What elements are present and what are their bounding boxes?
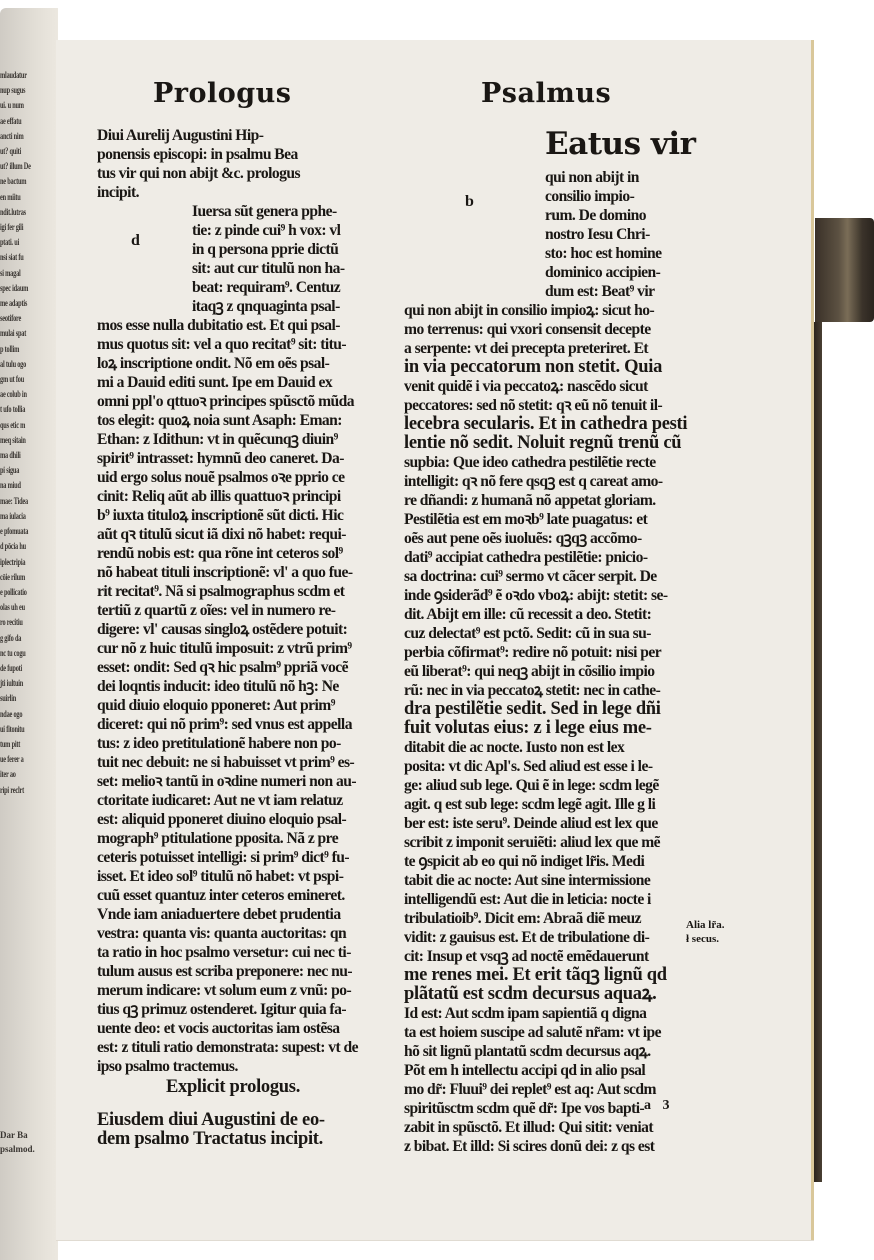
text-line: tie: z pinde cui⁹ h vox: vl <box>97 221 369 240</box>
left-page-line: mulai spat <box>0 326 35 341</box>
text-line: in q persona pprie dictũ <box>97 240 369 259</box>
left-page-line: e pollicatio <box>0 585 35 600</box>
text-line: mos esse nulla dubitatio est. Et qui psa… <box>97 316 369 335</box>
text-line: mo terrenus: qui vxori consensit decepte <box>404 320 680 339</box>
left-page-line: nsi siat fu <box>0 250 35 265</box>
spacer <box>97 1097 369 1111</box>
left-page-line: nup sugus <box>0 83 35 98</box>
text-line: ipso psalmo tractemus. <box>97 1057 369 1076</box>
text-line: dem psalmo Tractatus incipit. <box>97 1130 369 1149</box>
text-line: tus vir qui non abijt &c. prologus <box>97 164 369 183</box>
left-page-line: olas uh eu <box>0 600 35 615</box>
text-line: set: melioꝛ tantũ in oꝛdine numeri non a… <box>97 772 369 791</box>
left-page-line: t ufo tollia <box>0 402 35 417</box>
text-line: Eiusdem diui Augustini de eo- <box>97 1111 369 1130</box>
running-head-right: Psalmus <box>481 78 611 109</box>
left-page-line: meq sitain <box>0 433 35 448</box>
text-line: tos elegit: quoꝝ noia sunt Asaph: Eman: <box>97 411 369 430</box>
text-line: scribit z imponit seruiẽti: aliud lex qu… <box>404 833 680 852</box>
prologue-body: mos esse nulla dubitatio est. Et qui psa… <box>97 316 369 1076</box>
text-line: dei loqntis inducit: ideo titulũ nõ hꝫ: … <box>97 677 369 696</box>
text-line: quid diuio eloquio pponeret: Aut prim⁹ <box>97 696 369 715</box>
text-line: vestra: quanta vis: quanta auctoritas: q… <box>97 924 369 943</box>
text-line: spirit⁹ intrasset: hymnũ deo caneret. Da… <box>97 449 369 468</box>
text-line: intelligit: qꝛ nõ fere qsqꝫ est q careat… <box>404 472 680 491</box>
left-page-line: mlaudatur <box>0 68 35 83</box>
text-line: Iuersa sũt genera pphe- <box>97 202 369 221</box>
text-line: Vnde iam aniaduertere debet prudentia <box>97 905 369 924</box>
tractatus-incipit: Eiusdem diui Augustini de eo-dem psalmo … <box>97 1111 369 1149</box>
left-page-line: mae: Tidea <box>0 494 35 509</box>
text-line: tertiũ z quartũ z oĩes: vel in numero re… <box>97 601 369 620</box>
text-line: rendũ nobis est: qua rõne int ceteros so… <box>97 544 369 563</box>
text-line: agit. q est sub lege: scdm legẽ agit. Il… <box>404 795 680 814</box>
text-line: inde ꝯsiderãd⁹ ẽ oꝛdo vboꝝ: abijt: steti… <box>404 586 680 605</box>
left-page-tail-line: psalmod. <box>0 1142 50 1156</box>
left-page-line: ui. u num <box>0 98 35 113</box>
text-line: diceret: qui nõ prim⁹: sed vnus est appe… <box>97 715 369 734</box>
text-line: tribulatioib⁹. Dicit em: Abraã diẽ meuz <box>404 909 680 928</box>
left-page-line: ripi reclrt <box>0 783 35 798</box>
text-line: spiritũsctm scdm quẽ dr̃: Ipe vos bapti- <box>404 1099 680 1118</box>
left-page-line: ui fitonitu <box>0 722 35 737</box>
text-line: ber est: iste seru⁹. Deinde aliud est le… <box>404 814 680 833</box>
prologue-title: Diui Aurelij Augustini Hip-ponensis epis… <box>97 126 369 202</box>
left-page-line: na miud <box>0 478 35 493</box>
left-page-line: si magal <box>0 266 35 281</box>
explicit-line: Explicit prologus. <box>97 1076 369 1097</box>
text-line: qui non abijt in consilio impioꝝ: sicut … <box>404 301 680 320</box>
text-line: supbia: Que ideo cathedra pestilẽtie rec… <box>404 453 680 472</box>
left-page-line: me adaptis <box>0 296 35 311</box>
text-line: dati⁹ accipiat cathedra pestilẽtie: pnic… <box>404 548 680 567</box>
text-line: isset. Et ideo sol⁹ titulũ nõ habet: vt … <box>97 867 369 886</box>
book-board-edge <box>814 322 822 1182</box>
text-line: te ꝯspicit ab eo qui nõ indiget lr̃is. M… <box>404 852 680 871</box>
text-line: posita: vt dic Apl's. Sed aliud est esse… <box>404 757 680 776</box>
left-page-line: p tollim <box>0 342 35 357</box>
text-line: tius qꝫ primuz ostenderet. Igitur quia f… <box>97 1000 369 1019</box>
left-page-line: qus etic m <box>0 418 35 433</box>
left-page-tail-line: Dar Ba <box>0 1128 50 1142</box>
text-line: cur nõ z huic titulũ imposuit: z vtrũ pr… <box>97 639 369 658</box>
text-line: tuit nec debuit: ne si habuisset vt prim… <box>97 753 369 772</box>
text-line: nõ habeat tituli inscriptionẽ: vl' a quo… <box>97 563 369 582</box>
left-page-line: gm ut fou <box>0 372 35 387</box>
left-page-line: al tulu ogo <box>0 357 35 372</box>
left-page-line: ndit.lutras <box>0 205 35 220</box>
left-facing-page: mlaudaturnup sugusui. u numae effatuanct… <box>0 8 58 1260</box>
text-line: dra pestilẽtie sedit. Sed in lege dñi <box>404 700 680 719</box>
text-line: mus quotus sit: vel a quo recitat⁹ sit: … <box>97 335 369 354</box>
text-line: z bibat. Et illd: Si scires donũ dei: z … <box>404 1137 680 1156</box>
text-line: ctoritate iudicaret: Aut ne vt iam relat… <box>97 791 369 810</box>
text-line: itaqꝫ z qnquaginta psal- <box>97 297 369 316</box>
text-line: lecebra secularis. Et in cathedra pesti <box>404 415 680 434</box>
marginal-note-line: ł secus. <box>686 932 725 946</box>
marginal-note-line: Alia lr̃a. <box>686 918 725 932</box>
text-line: cinit: Reliq aũt ab illis quattuoꝛ princ… <box>97 487 369 506</box>
text-line: fuit volutas eius: z i lege eius me- <box>404 719 680 738</box>
prologue-indented-text: Iuersa sũt genera pphe-tie: z pinde cui⁹… <box>97 202 369 316</box>
text-line: a serpente: vt dei precepta preteriret. … <box>404 339 680 358</box>
text-line: merum indicare: vt solum eum z vnũ: po- <box>97 981 369 1000</box>
left-page-line: cōie rilum <box>0 570 35 585</box>
text-line: aũt qꝛ titulũ sicut iã dixi nõ habet: re… <box>97 525 369 544</box>
text-line: est: aliquid pponeret diuino eloquio psa… <box>97 810 369 829</box>
text-line: rit recitat⁹. Nã si psalmographus scdm e… <box>97 582 369 601</box>
left-page-line: g gifo da <box>0 631 35 646</box>
left-page-line: ae colub in <box>0 387 35 402</box>
text-line: tulum ausus est scriba preponere: nec nu… <box>97 962 369 981</box>
text-line: rũ: nec in via peccatoꝝ stetit: nec in c… <box>404 681 680 700</box>
left-page-line: seotifore <box>0 311 35 326</box>
text-line: ditabit die ac nocte. Iusto non est lex <box>404 738 680 757</box>
text-line: in via peccatorum non stetit. Quia <box>404 358 680 377</box>
left-page-line: ue ferer a <box>0 752 35 767</box>
psalm-body: qui non abijt in consilio impioꝝ: sicut … <box>404 301 680 1156</box>
left-page-line: iter ao <box>0 767 35 782</box>
text-line: Pestilẽtia est em moꝛb⁹ late puagatus: e… <box>404 510 680 529</box>
text-line: Põt em h intellectu accipi qd in alio ps… <box>404 1061 680 1080</box>
psalm-opening-words: Eatus vir <box>545 126 695 162</box>
text-line: peccatores: sed nõ stetit: qꝛ eũ nõ tenu… <box>404 396 680 415</box>
text-line: beat: requiram⁹. Centuz <box>97 278 369 297</box>
text-line: qui non abijt in <box>545 168 661 187</box>
text-line: cuz delectat⁹ est pctõ. Sedit: cũ in sua… <box>404 624 680 643</box>
text-line: plãtatũ est scdm decursus aquaꝝ. <box>404 985 680 1004</box>
text-line: oẽs aut pene oẽs iuoluẽs: qꝫqꝫ accõmo- <box>404 529 680 548</box>
left-page-tail: Dar Ba psalmod. <box>0 1128 50 1156</box>
text-line: uente deo: et vocis auctoritas iam ostẽs… <box>97 1019 369 1038</box>
text-line: cuũ esset quantuz inter ceteros emineret… <box>97 886 369 905</box>
text-line: dit. Abijt em ille: cũ recessit a deo. S… <box>404 605 680 624</box>
left-page-line: ma iulacia <box>0 509 35 524</box>
text-line: sa doctrina: cui⁹ sermo vt cãcer serpit.… <box>404 567 680 586</box>
guide-letter-psalm: b <box>465 193 474 211</box>
left-page-line: ndae ogo <box>0 707 35 722</box>
text-line: nostro Iesu Chri- <box>545 225 661 244</box>
text-line: re dñandi: z humanã nõ appetat gloriam. <box>404 491 680 510</box>
left-page-line: e pfomuata <box>0 524 35 539</box>
left-page-line: iplectripia <box>0 555 35 570</box>
running-head-left: Prologus <box>153 78 292 109</box>
left-page-line: ut? illum De <box>0 159 35 174</box>
text-line: mograph⁹ ptitulatione pposita. Nã z pre <box>97 829 369 848</box>
text-line: est: z tituli ratio demonstrata: supest:… <box>97 1038 369 1057</box>
left-page-line: tum pitt <box>0 737 35 752</box>
text-line: rum. De domino <box>545 206 661 225</box>
left-page-line: en miitu <box>0 190 35 205</box>
left-page-line: ut? quiti <box>0 144 35 159</box>
left-page-line: ma dhili <box>0 448 35 463</box>
left-page-line: suirlin <box>0 691 35 706</box>
text-line: digere: vl' causas singloꝝ ostẽdere potu… <box>97 620 369 639</box>
left-page-line: d pōcia hu <box>0 539 35 554</box>
text-line: cit: Insup et vsqꝫ ad noctẽ emẽdauerunt <box>404 947 680 966</box>
left-page-line: jti iultuin <box>0 676 35 691</box>
text-line: Id est: Aut scdm ipam sapientiã q digna <box>404 1004 680 1023</box>
left-page-line: nc tu cogu <box>0 646 35 661</box>
text-line: ceteris potuisset intelligi: si prim⁹ di… <box>97 848 369 867</box>
left-page-line: ptati. ui <box>0 235 35 250</box>
text-line: venit quidẽ i via peccatoꝝ: nascẽdo sicu… <box>404 377 680 396</box>
text-line: zabit in spũsctõ. Et illud: Qui sitit: v… <box>404 1118 680 1137</box>
book-clasp <box>815 218 874 322</box>
left-page-line: ancti nim <box>0 129 35 144</box>
left-page-text: mlaudaturnup sugusui. u numae effatuanct… <box>0 68 35 798</box>
text-line: intelligendũ est: Aut die in leticia: no… <box>404 890 680 909</box>
text-line: Diui Aurelij Augustini Hip- <box>97 126 369 145</box>
text-line: uid ergo solus nouẽ psalmos oꝛe pprio ce <box>97 468 369 487</box>
text-line: hõ sit lignũ plantatũ scdm decursus aqꝝ. <box>404 1042 680 1061</box>
text-line: ta est hoiem suscipe ad salutẽ nr̃am: vt… <box>404 1023 680 1042</box>
text-line: mo dr̃: Fluui⁹ dei replet⁹ est aq: Aut s… <box>404 1080 680 1099</box>
text-line: ge: aliud sub lege. Qui ẽ in lege: scdm … <box>404 776 680 795</box>
text-line: Ethan: z Idithun: vt in quẽcunqꝫ diuin⁹ <box>97 430 369 449</box>
text-line: ta ratio in hoc psalmo versetur: cui nec… <box>97 943 369 962</box>
text-line: me renes mei. Et erit tãqꝫ lignũ qd <box>404 966 680 985</box>
text-line: incipit. <box>97 183 369 202</box>
text-line: omni ppl'o qttuoꝛ principes spũsctõ mũda <box>97 392 369 411</box>
text-line: sit: aut cur titulũ non ha- <box>97 259 369 278</box>
text-line: b⁹ iuxta tituloꝝ inscriptionẽ sũt dicti.… <box>97 506 369 525</box>
text-line: vidit: z gauisus est. Et de tribulatione… <box>404 928 680 947</box>
signature-mark: a 3 <box>644 1098 674 1114</box>
text-line: dum est: Beat⁹ vir <box>545 282 661 301</box>
text-line: lentie nõ sedit. Noluit regnũ trenũ cũ <box>404 434 680 453</box>
text-line: tabit die ac nocte: Aut sine intermissio… <box>404 871 680 890</box>
prologue-column: Diui Aurelij Augustini Hip-ponensis epis… <box>97 126 369 1149</box>
text-line: dominico accipien- <box>545 263 661 282</box>
left-page-line: ne bactum <box>0 174 35 189</box>
text-line: mi a Dauid editi sunt. Ipe em Dauid ex <box>97 373 369 392</box>
marginal-note: Alia lr̃a. ł secus. <box>686 918 725 946</box>
left-page-line: spec idaum <box>0 281 35 296</box>
left-page-line: pi sigua <box>0 463 35 478</box>
text-line: consilio impio- <box>545 187 661 206</box>
left-page-line: ae effatu <box>0 114 35 129</box>
text-line: eũ liberat⁹: qui neqꝫ abijt in cõsilio i… <box>404 662 680 681</box>
text-line: esset: ondit: Sed qꝛ hic psalm⁹ ppriã vo… <box>97 658 369 677</box>
psalm-indented-text: qui non abijt inconsilio impio-rum. De d… <box>545 168 661 301</box>
text-line: loꝝ inscriptione ondit. Nõ em oẽs psal- <box>97 354 369 373</box>
text-line: perbia cõfirmat⁹: redire nõ potuit: nisi… <box>404 643 680 662</box>
left-page-line: igi fer gili <box>0 220 35 235</box>
left-page-line: ro recitiu <box>0 615 35 630</box>
left-page-line: de fupoti <box>0 661 35 676</box>
text-line: sto: hoc est homine <box>545 244 661 263</box>
text-line: tus: z ideo pretitulationẽ habere non po… <box>97 734 369 753</box>
text-line: ponensis episcopi: in psalmu Bea <box>97 145 369 164</box>
